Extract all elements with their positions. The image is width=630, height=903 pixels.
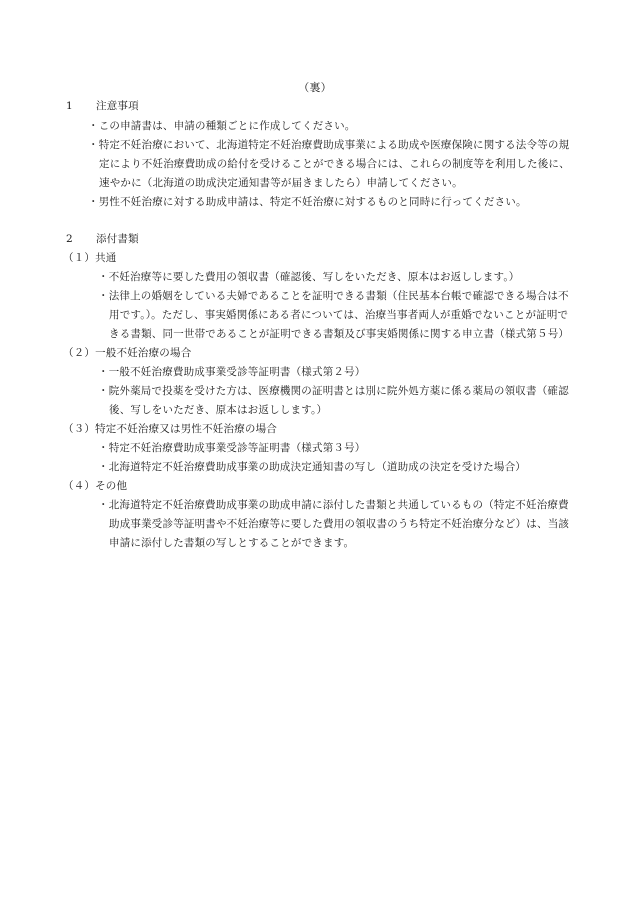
note-bullet: ・この申請書は、申請の種類ごとに作成してください。 bbox=[88, 119, 356, 133]
subsection-common: （１）共通 bbox=[63, 251, 117, 265]
attach-bullet: ・一般不妊治療費助成事業受診等証明書（様式第２号） bbox=[98, 365, 366, 379]
page-label: （裏） bbox=[0, 81, 630, 95]
attach-bullet: ・院外薬局で投薬を受けた方は、医療機関の証明書とは別に院外処方薬に係る薬局の領収… bbox=[98, 384, 569, 398]
subsection-general: （２）一般不妊治療の場合 bbox=[63, 346, 191, 360]
section2-number: 2 bbox=[66, 232, 73, 246]
section2-heading: 添付書類 bbox=[96, 232, 139, 246]
attach-bullet-cont: 助成事業受診等証明書や不妊治療等に要した費用の領収書のうち特定不妊治療分など）は… bbox=[109, 517, 569, 531]
section1-heading: 注意事項 bbox=[96, 99, 139, 113]
note-bullet: ・男性不妊治療に対する助成申請は、特定不妊治療に対するものと同時に行ってください… bbox=[88, 195, 527, 209]
attach-bullet-cont: 用です。）。ただし、事実婚関係にある者については、治療当事者両人が重婚でないこと… bbox=[109, 308, 568, 322]
attach-bullet: ・法律上の婚姻をしている夫婦であることを証明できる書類（住民基本台帳で確認できる… bbox=[98, 289, 569, 303]
attach-bullet: ・北海道特定不妊治療費助成事業の助成申請に添付した書類と共通しているもの（特定不… bbox=[98, 498, 569, 512]
attach-bullet: ・特定不妊治療費助成事業受診等証明書（様式第３号） bbox=[98, 441, 366, 455]
attach-bullet-cont: きる書類、同一世帯であることが証明できる書類及び事実婚関係に関する申立書（様式第… bbox=[109, 327, 569, 341]
note-bullet-cont: 定により不妊治療費助成の給付を受けることができる場合には、これらの制度等を利用し… bbox=[99, 157, 570, 171]
attach-bullet: ・不妊治療等に要した費用の領収書（確認後、写しをいただき、原本はお返しします。） bbox=[98, 270, 520, 284]
attach-bullet-cont: 後、写しをいただき、原本はお返しします。） bbox=[109, 403, 327, 417]
attach-bullet-cont: 申請に添付した書類の写しとすることができます。 bbox=[109, 536, 354, 550]
section1-number: 1 bbox=[66, 99, 73, 113]
attach-bullet: ・北海道特定不妊治療費助成事業の助成決定通知書の写し（道助成の決定を受けた場合） bbox=[98, 460, 526, 474]
subsection-other: （４）その他 bbox=[63, 479, 127, 493]
note-bullet: ・特定不妊治療において、北海道特定不妊治療費助成事業による助成や医療保険に関する… bbox=[88, 138, 569, 152]
note-bullet-cont: 速やかに（北海道の助成決定通知書等が届きましたら）申請してください。 bbox=[99, 176, 463, 190]
subsection-specific: （３）特定不妊治療又は男性不妊治療の場合 bbox=[63, 422, 277, 436]
